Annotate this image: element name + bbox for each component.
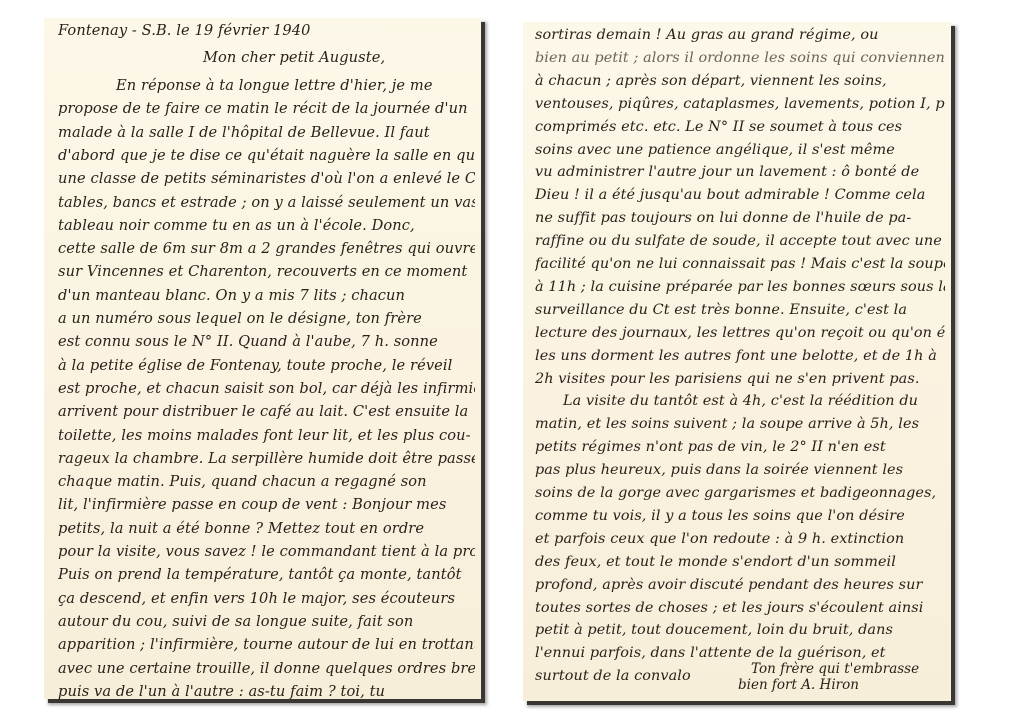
letter-page-left: Fontenay - S.B. le 19 février 1940Mon ch… — [44, 18, 481, 699]
letter-line: est connu sous le N° II. Quand à l'aube,… — [58, 329, 475, 355]
letter-line: rageux la chambre. La serpillère humide … — [58, 446, 475, 472]
letter-line: sur Vincennes et Charenton, recouverts e… — [58, 259, 475, 285]
letter-line: chaque matin. Puis, quand chacun a regag… — [58, 469, 475, 495]
letter-line: tables, bancs et estrade ; on y a laissé… — [58, 190, 475, 216]
letter-line: d'abord que je te dise ce qu'était naguè… — [58, 143, 475, 169]
letter-line: lit, l'infirmière passe en coup de vent … — [58, 492, 475, 518]
letter-line: petits, la nuit a été bonne ? Mettez tou… — [58, 516, 475, 542]
letter-line: d'un manteau blanc. On y a mis 7 lits ; … — [58, 283, 475, 309]
letter-line: Puis on prend la température, tantôt ça … — [58, 562, 475, 588]
letter-line: ça descend, et enfin vers 10h le major, … — [58, 586, 475, 612]
letter-line: avec une certaine trouille, il donne que… — [58, 656, 475, 682]
letter-line: malade à la salle I de l'hôpital de Bell… — [58, 120, 475, 146]
letter-line: pour la visite, vous savez ! le commanda… — [58, 539, 475, 565]
letter-signature: bien fort A. Hiron — [738, 677, 859, 693]
letter-salutation: Mon cher petit Auguste, — [58, 45, 475, 71]
letter-line: En réponse à ta longue lettre d'hier, je… — [58, 73, 475, 99]
letter-line: propose de te faire ce matin le récit de… — [58, 96, 475, 122]
letter-line: toilette, les moins malades font leur li… — [58, 423, 475, 449]
letter-line: a un numéro sous lequel on le désigne, t… — [58, 306, 475, 332]
letter-line: cette salle de 6m sur 8m a 2 grandes fen… — [58, 236, 475, 262]
letter-line: à la petite église de Fontenay, toute pr… — [58, 353, 475, 379]
letter-page-right: sortiras demain ! Au gras au grand régim… — [523, 22, 951, 701]
letter-line: tableau noir comme tu en as un à l'école… — [58, 213, 475, 239]
letter-line: arrivent pour distribuer le café au lait… — [58, 399, 475, 425]
letter-header-date: Fontenay - S.B. le 19 février 1940 — [58, 18, 475, 44]
letter-line: puis va de l'un à l'autre : as-tu faim ?… — [58, 679, 475, 705]
letter-line: apparition ; l'infirmière, tourne autour… — [58, 632, 475, 658]
letter-line: autour du cou, suivi de sa longue suite,… — [58, 609, 475, 635]
letter-line: est proche, et chacun saisit son bol, ca… — [58, 376, 475, 402]
letter-closing: Ton frère qui t'embrasse — [751, 661, 919, 677]
letter-line: une classe de petits séminaristes d'où l… — [58, 166, 475, 192]
